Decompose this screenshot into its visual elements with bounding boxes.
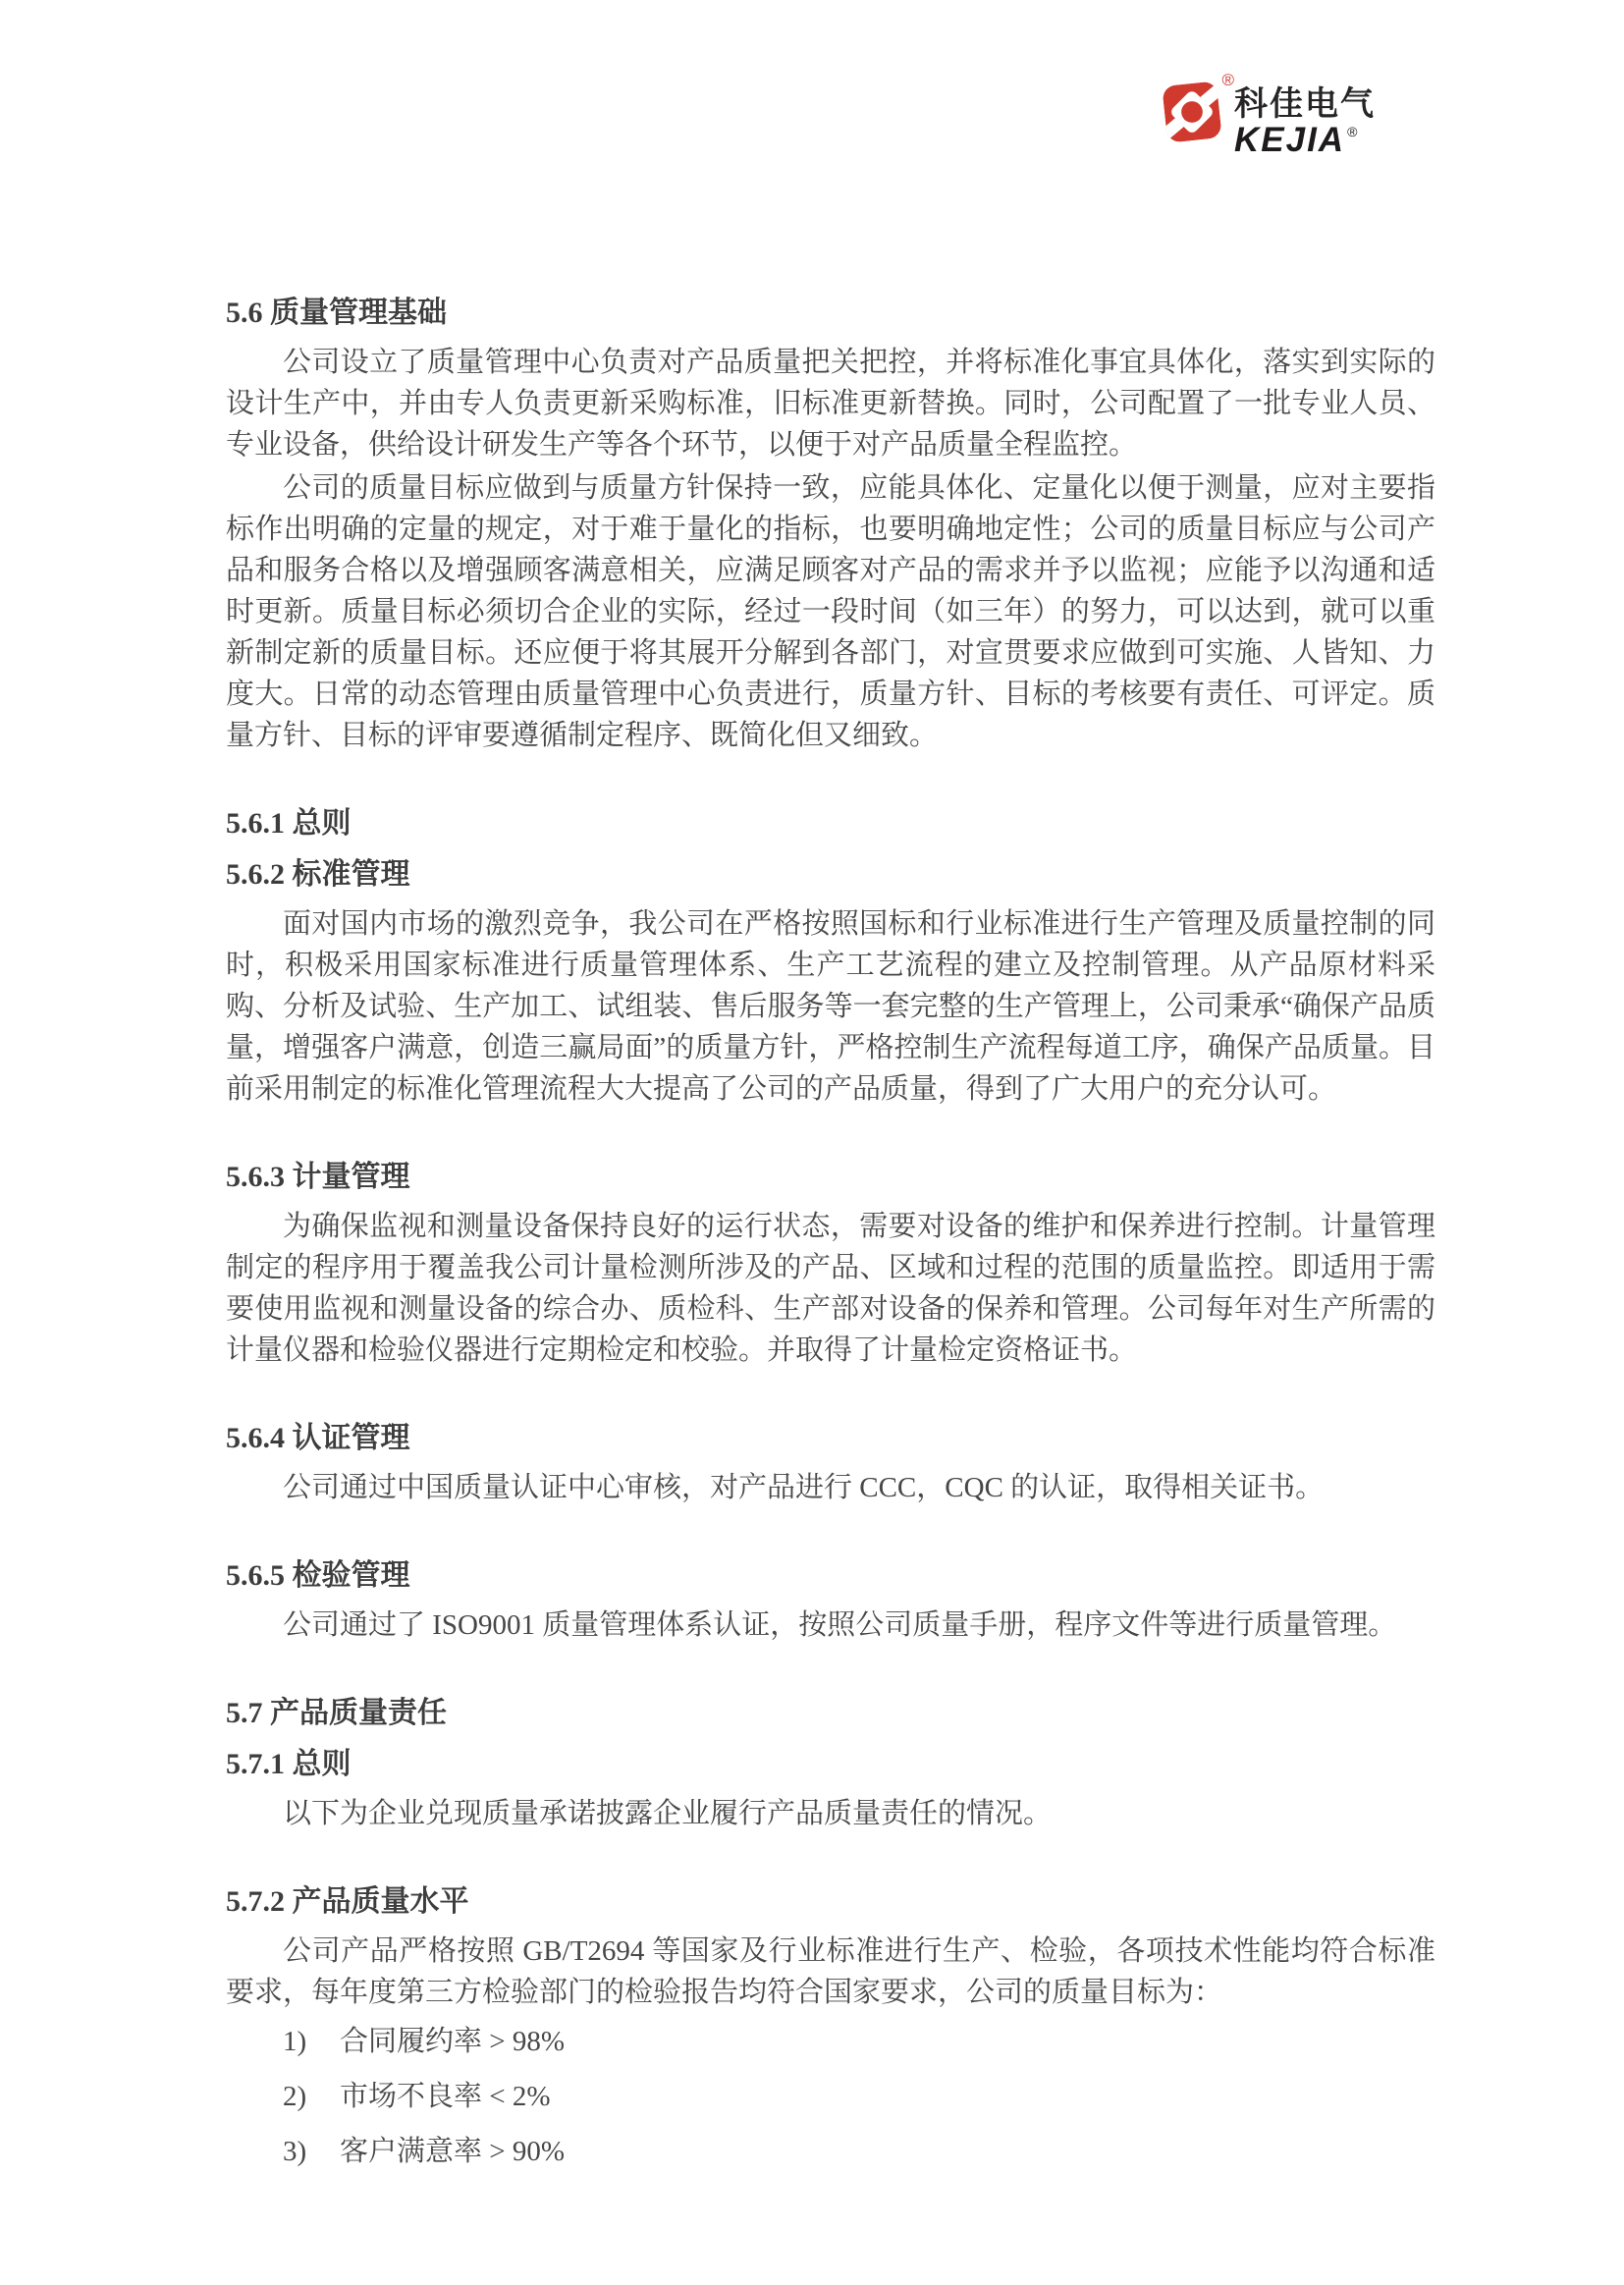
paragraph: 公司通过中国质量认证中心审核，对产品进行 CCC，CQC 的认证，取得相关证书。 [226, 1467, 1435, 1508]
list-item: 3) 客户满意率 > 90% [226, 2131, 1435, 2172]
company-logo: ® 科佳电气 KEJIA ® [1162, 75, 1376, 159]
list-item-text: 市场不良率 < 2% [340, 2076, 551, 2117]
document-content: 5.6 质量管理基础 公司设立了质量管理中心负责对产品质量把关把控，并将标准化事… [226, 287, 1435, 2186]
list-item: 1) 合同履约率 > 98% [226, 2021, 1435, 2062]
list-item: 2) 市场不良率 < 2% [226, 2076, 1435, 2117]
paragraph: 公司的质量目标应做到与质量方针保持一致，应能具体化、定量化以便于测量，应对主要指… [226, 467, 1435, 756]
list-item-number: 2) [283, 2076, 340, 2117]
logo-en-name: KEJIA [1234, 122, 1345, 159]
document-page: ® 科佳电气 KEJIA ® 5.6 质量管理基础 公司设立了质量管理中心负责对… [0, 0, 1624, 2285]
section-heading-5-6-4: 5.6.4 认证管理 [226, 1416, 1435, 1461]
paragraph: 公司设立了质量管理中心负责对产品质量把关把控，并将标准化事宜具体化，落实到实际的… [226, 342, 1435, 465]
list-item-text: 客户满意率 > 90% [340, 2131, 565, 2172]
paragraph: 公司通过了 ISO9001 质量管理体系认证，按照公司质量手册，程序文件等进行质… [226, 1605, 1435, 1646]
kejia-logo-icon: ® [1162, 75, 1222, 147]
section-heading-5-6-2: 5.6.2 标准管理 [226, 852, 1435, 898]
section-heading-5-6-3: 5.6.3 计量管理 [226, 1155, 1435, 1200]
paragraph: 为确保监视和测量设备保持良好的运行状态，需要对设备的维护和保养进行控制。计量管理… [226, 1206, 1435, 1371]
logo-text: 科佳电气 KEJIA ® [1222, 75, 1376, 159]
section-heading-5-7-1: 5.7.1 总则 [226, 1742, 1435, 1787]
paragraph: 面对国内市场的激烈竞争，我公司在严格按照国标和行业标准进行生产管理及质量控制的同… [226, 903, 1435, 1110]
list-item-number: 1) [283, 2021, 340, 2062]
section-heading-5-7: 5.7 产品质量责任 [226, 1691, 1435, 1736]
section-heading-5-6-1: 5.6.1 总则 [226, 801, 1435, 846]
section-heading-5-6-5: 5.6.5 检验管理 [226, 1553, 1435, 1599]
logo-cn-name: 科佳电气 [1234, 86, 1376, 122]
list-item-text: 合同履约率 > 98% [340, 2021, 565, 2062]
quality-goal-list: 1) 合同履约率 > 98% 2) 市场不良率 < 2% 3) 客户满意率 > … [226, 2021, 1435, 2172]
paragraph: 以下为企业兑现质量承诺披露企业履行产品质量责任的情况。 [226, 1793, 1435, 1834]
paragraph: 公司产品严格按照 GB/T2694 等国家及行业标准进行生产、检验，各项技术性能… [226, 1931, 1435, 2013]
section-heading-5-6: 5.6 质量管理基础 [226, 291, 1435, 336]
registered-mark-icon: ® [1347, 124, 1357, 139]
section-heading-5-7-2: 5.7.2 产品质量水平 [226, 1879, 1435, 1925]
registered-mark-icon: ® [1221, 71, 1234, 90]
list-item-number: 3) [283, 2131, 340, 2172]
